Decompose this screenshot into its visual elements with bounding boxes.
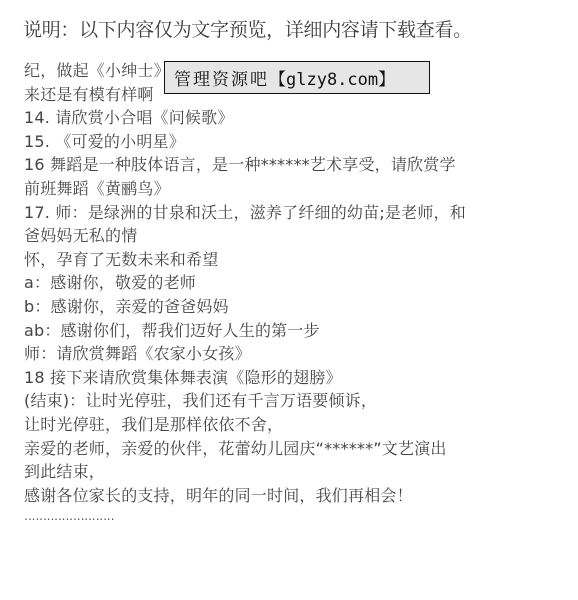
text-line: 前班舞蹈《黄鹂鸟》 bbox=[24, 177, 564, 201]
document-body: 纪，做起《小绅士》 来还是有模有样啊 14. 请欣赏小合唱《问候歌》 15. 《… bbox=[24, 59, 564, 525]
text-line: 感谢各位家长的支持，明年的同一时间，我们再相会！ bbox=[24, 484, 564, 508]
watermark-banner: 管理资源吧 【glzy8.com】 bbox=[164, 61, 430, 94]
text-line: 亲爱的老师，亲爱的伙伴，花蕾幼儿园庆“******”文艺演出 bbox=[24, 437, 564, 461]
preview-notice: 说明：以下内容仅为文字预览，详细内容请下载查看。 bbox=[23, 17, 472, 43]
text-line: 怀，孕育了无数未来和希望 bbox=[24, 248, 564, 272]
text-line: 15. 《可爱的小明星》 bbox=[24, 130, 564, 154]
text-line: 到此结束， bbox=[24, 460, 564, 484]
text-line: 师：请欣赏舞蹈《农家小女孩》 bbox=[24, 342, 564, 366]
watermark-site-name: 管理资源吧 bbox=[174, 65, 269, 90]
trailing-dots: ‥‥‥‥‥‥‥‥‥‥‥‥ bbox=[24, 507, 564, 525]
text-line: ab：感谢你们，帮我们迈好人生的第一步 bbox=[24, 319, 564, 343]
text-line: 16 舞蹈是一种肢体语言，是一种******艺术享受，请欣赏学 bbox=[24, 153, 564, 177]
text-line: b：感谢你，亲爱的爸爸妈妈 bbox=[24, 295, 564, 319]
text-line: 14. 请欣赏小合唱《问候歌》 bbox=[24, 106, 564, 130]
text-line: 爸妈妈无私的情 bbox=[24, 224, 564, 248]
text-line: 17. 师：是绿洲的甘泉和沃土，滋养了纤细的幼苗;是老师，和 bbox=[24, 201, 564, 225]
text-line: 18 接下来请欣赏集体舞表演《隐形的翅膀》 bbox=[24, 366, 564, 390]
text-line: (结束)：让时光停驻，我们还有千言万语要倾诉， bbox=[24, 389, 564, 413]
watermark-domain: 【glzy8.com】 bbox=[269, 65, 395, 90]
text-line: a：感谢你，敬爱的老师 bbox=[24, 271, 564, 295]
text-line: 让时光停驻，我们是那样依依不舍， bbox=[24, 413, 564, 437]
